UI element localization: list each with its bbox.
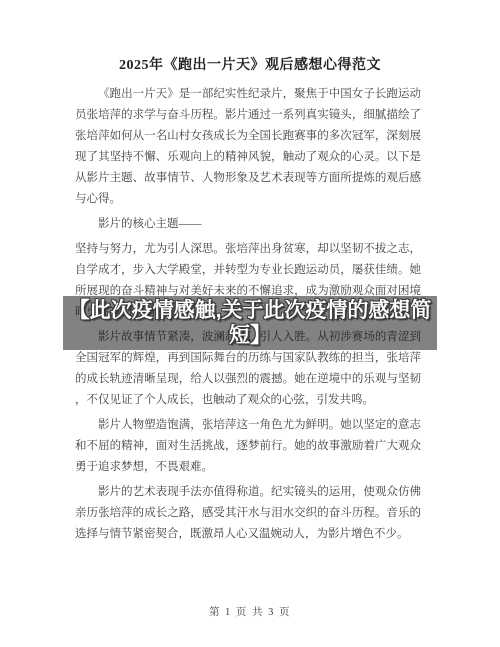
paragraph-theme-lead: 影片的核心主题—— xyxy=(75,214,421,235)
watermark-overlay-title: 【此次疫情感触,关于此次疫情的感想简短】 xyxy=(63,298,437,348)
document-page: 2025年《跑出一片天》观后感想心得范文 《跑出一片天》是一部纪实性纪录片，聚焦… xyxy=(0,0,500,647)
watermark-overlay-band: 【此次疫情感触,关于此次疫情的感想简短】 xyxy=(63,296,437,350)
paragraph-character: 影片人物塑造饱满，张培萍这一角色尤为鲜明。她以坚定的意志和不屈的精神，面对生活挑… xyxy=(75,415,421,478)
paragraph-intro: 《跑出一片天》是一部纪实性纪录片，聚焦于中国女子长跑运动员张培萍的求学与奋斗历程… xyxy=(75,84,421,210)
document-title: 2025年《跑出一片天》观后感想心得范文 xyxy=(0,0,500,76)
page-number-indicator: 第 1 页 共 3 页 xyxy=(0,604,500,619)
paragraph-artistry: 影片的艺术表现手法亦值得称道。纪实镜头的运用，使观众仿佛亲历张培萍的成长之路，感… xyxy=(75,482,421,545)
